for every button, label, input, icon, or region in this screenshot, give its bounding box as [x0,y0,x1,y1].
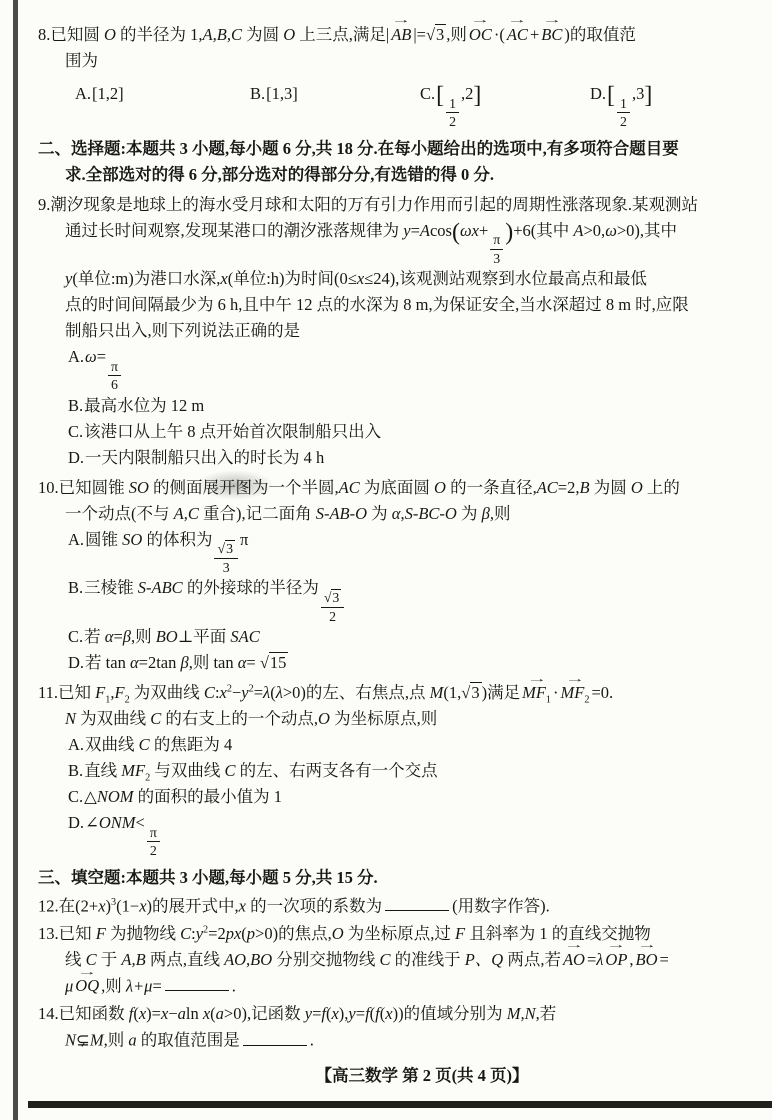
option-label: B. [68,761,83,780]
q11-line-2: N 为双曲线 C 的右支上的一个动点,O 为坐标原点,则 [38,706,750,732]
option-label: C. [420,84,435,103]
section-3-header: 三、填空题:本题共 3 小题,每小题 5 分,共 15 分. [38,865,750,891]
q13-line-2: 线 C 于 A,B 两点,直线 AO,BO 分别交抛物线 C 的准线于 P、Q … [38,947,750,973]
option-label: B. [250,84,265,103]
q10-option-b: B.三棱锥 S-ABC 的外接球的半径为√32 [38,575,750,624]
q11-option-c: C.△NOM 的面积的最小值为 1 [38,784,750,810]
option-label: D. [68,448,84,467]
option-label: A. [68,530,84,549]
page-footer: 【高三数学 第 2 页(共 4 页)】 [0,1062,772,1086]
answer-blank [243,1027,307,1045]
q11-option-b: B.直线 MF2 与双曲线 C 的左、右两支各有一个交点 [38,758,750,784]
vector-arrow-icon: → [565,675,585,685]
vector-arrow-icon: → [391,16,411,26]
vector-arrow-icon: → [564,941,584,951]
q8-line-2: 围为 [38,48,750,74]
q8-option-b: B.[1,3] [250,79,420,130]
option-label: B. [68,396,83,415]
q9-option-a: A.ω=π6 [38,344,750,393]
vector-arrow-icon: → [637,941,657,951]
vector-arrow-icon: → [470,16,490,26]
q13-line-3: μ→OQ,则 λ+μ=. [38,973,750,999]
vector-arrow-icon: → [542,16,562,26]
q9-option-c: C.该港口从上午 8 点开始首次限制船只出入 [38,419,750,445]
q10-line-2: 一个动点(不与 A,C 重合),记二面角 S-AB-O 为 α,S-BC-O 为… [38,501,750,527]
q9-line-2: 通过长时间观察,发现某港口的潮汐涨落规律为 y=Acos(ωx+π3)+6(其中… [38,218,750,267]
q11-line-1: 11.已知 F1,F2 为双曲线 C:x2−y2=λ(λ>0)的左、右焦点,点 … [38,680,750,706]
q12-line-1: 12.在(2+x)3(1−x)的展开式中,x 的一次项的系数为(用数字作答). [38,893,750,919]
q14-line-2: N⊊M,则 a 的取值范围是. [38,1027,750,1053]
q14-line-1: 14.已知函数 f(x)=x−aln x(a>0),记函数 y=f(x),y=f… [38,1001,750,1027]
q8-line-1: 8.已知圆 O 的半径为 1,A,B,C 为圆 O 上三点,满足|→AB|=√3… [38,22,750,48]
q9-line-3: y(单位:m)为港口水深,x(单位:h)为时间(0≤x≤24),该观测站观察到水… [38,266,750,292]
scan-edge-bottom [28,1101,772,1108]
exam-content: 8.已知圆 O 的半径为 1,A,B,C 为圆 O 上三点,满足|→AB|=√3… [38,22,750,1054]
option-label: C. [68,422,83,441]
exam-paper-page: 8.已知圆 O 的半径为 1,A,B,C 为圆 O 上三点,满足|→AB|=√3… [0,0,772,1120]
q9-option-b: B.最高水位为 12 m [38,393,750,419]
q9-line-1: 9.潮汐现象是地球上的海水受月球和太阳的万有引力作用而引起的周期性涨落现象.某观… [38,192,750,218]
option-label: B. [68,578,83,597]
option-label: A. [68,347,84,366]
q10-option-c: C.若 α=β,则 BO⊥平面 SAC [38,624,750,650]
q9-option-d: D.一天内限制船只出入的时长为 4 h [38,445,750,471]
vector-arrow-icon: → [507,16,527,26]
q9-line-4: 点的时间间隔最少为 6 h,且中午 12 点的水深为 8 m,为保证安全,当水深… [38,292,750,318]
answer-blank [165,973,229,991]
footer-text: 【高三数学 第 2 页(共 4 页)】 [315,1062,528,1086]
vector-arrow-icon: → [527,675,547,685]
answer-blank [385,893,449,911]
q11-option-a: A.双曲线 C 的焦距为 4 [38,732,750,758]
q10-option-d: D.若 tan α=2tan β,则 tan α= √15 [38,650,750,676]
option-label: A. [68,735,84,754]
option-label: D. [590,84,606,103]
vector-arrow-icon: → [606,941,626,951]
option-label: D. [68,653,84,672]
q8-option-c: C.[12,2] [420,79,590,130]
q10-line-1: 10.已知圆锥 SO 的侧面展开图为一个半圆,AC 为底面圆 O 的一条直径,A… [38,475,750,501]
q8-option-a: A.[1,2] [75,79,250,130]
q8-option-d: D.[12,3] [590,79,652,130]
option-label: C. [68,787,83,806]
q8-options: A.[1,2]B.[1,3]C.[12,2]D.[12,3] [38,79,750,130]
option-label: D. [68,813,84,832]
vector-arrow-icon: → [77,968,97,978]
option-label: C. [68,627,83,646]
q10-option-a: A.圆锥 SO 的体积为√33π [38,527,750,576]
section-2-header-line-1: 二、选择题:本题共 3 小题,每小题 6 分,共 18 分.在每小题给出的选项中… [38,136,750,162]
option-label: A. [75,84,91,103]
q9-line-5: 制船只出入,则下列说法正确的是 [38,318,750,344]
scan-edge-left [13,0,18,1120]
q11-option-d: D.∠ONM<π2 [38,810,750,859]
section-2-header-line-2: 求.全部选对的得 6 分,部分选对的得部分分,有选错的得 0 分. [38,162,750,188]
